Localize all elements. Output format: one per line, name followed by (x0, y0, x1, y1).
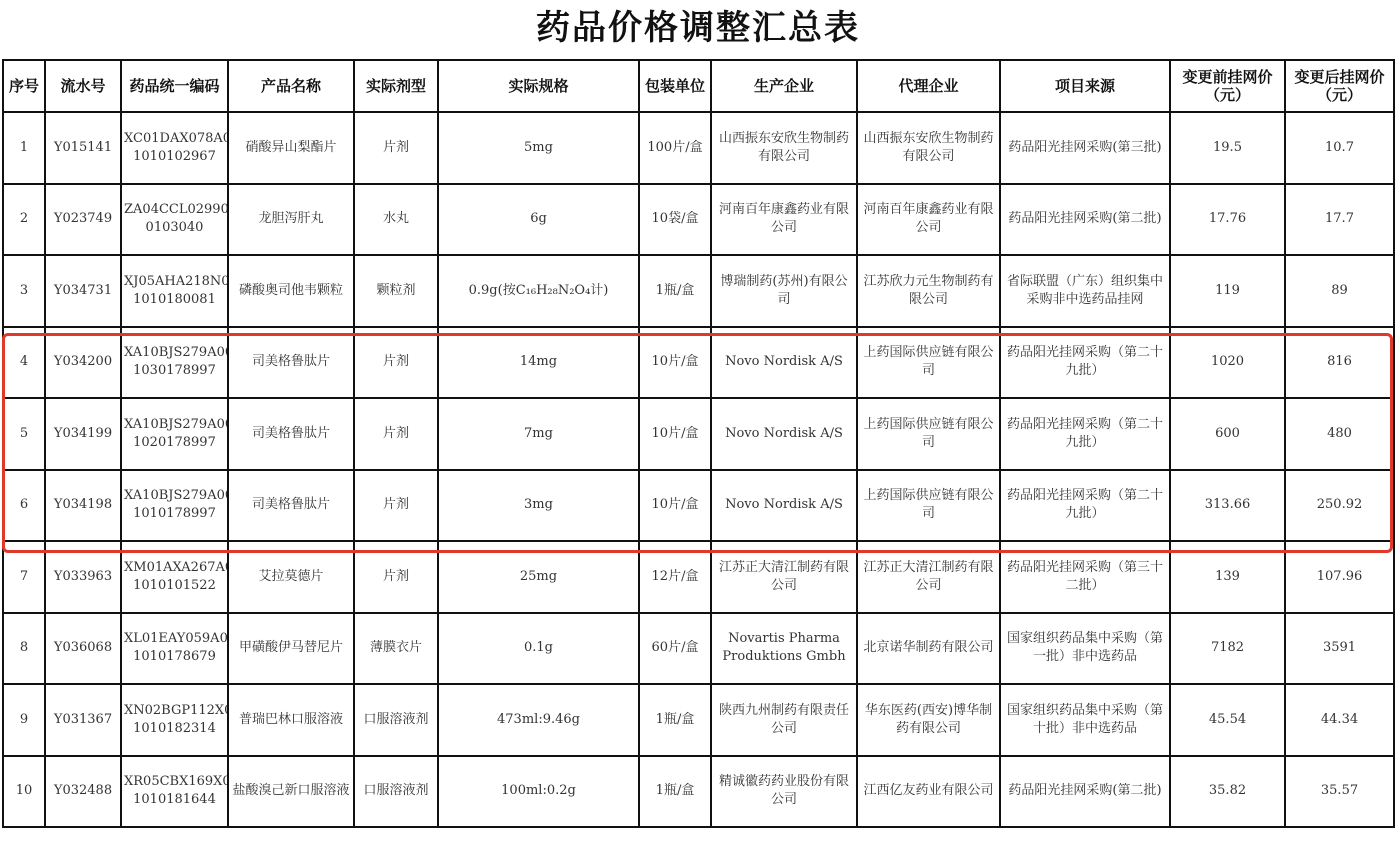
table-row: 4 Y034200 XA10BJS279A001030178997 司美格鲁肽片… (3, 327, 1394, 399)
cell-product-name: 龙胆泻肝丸 (228, 184, 354, 256)
cell-code: XA10BJS279A001020178997 (121, 398, 228, 470)
cell-product-name: 磷酸奥司他韦颗粒 (228, 255, 354, 327)
cell-source: 药品阳光挂网采购（第二十九批） (1000, 470, 1170, 542)
cell-agent: 山西振东安欣生物制药有限公司 (857, 112, 1000, 184)
cell-agent: 上药国际供应链有限公司 (857, 398, 1000, 470)
cell-source: 国家组织药品集中采购（第十批）非中选药品 (1000, 684, 1170, 756)
cell-package: 1瓶/盒 (639, 684, 711, 756)
price-before-unit: （元） (1173, 86, 1282, 104)
cell-no: 5 (3, 398, 45, 470)
cell-no: 10 (3, 756, 45, 828)
cell-agent: 河南百年康鑫药业有限公司 (857, 184, 1000, 256)
cell-price-before: 1020 (1170, 327, 1285, 399)
cell-manufacturer: 江苏正大清江制药有限公司 (711, 541, 857, 613)
cell-spec: 0.1g (438, 613, 639, 685)
table-row: 2 Y023749 ZA04CCL0299010103040 龙胆泻肝丸 水丸 … (3, 184, 1394, 256)
table-row: 1 Y015141 XC01DAX078A001010102967 硝酸异山梨酯… (3, 112, 1394, 184)
code-line-2: 1010182314 (124, 720, 225, 738)
cell-price-after: 250.92 (1285, 470, 1394, 542)
cell-manufacturer: Novo Nordisk A/S (711, 327, 857, 399)
cell-manufacturer: 博瑞制药(苏州)有限公司 (711, 255, 857, 327)
cell-serial: Y032488 (45, 756, 121, 828)
price-after-unit: （元） (1288, 86, 1391, 104)
cell-code: XC01DAX078A001010102967 (121, 112, 228, 184)
cell-source: 药品阳光挂网采购（第二十九批） (1000, 327, 1170, 399)
table-row: 7 Y033963 XM01AXA267A001010101522 艾拉莫德片 … (3, 541, 1394, 613)
code-line-1: XA10BJS279A00 (124, 344, 225, 362)
cell-spec: 3mg (438, 470, 639, 542)
column-header-serial: 流水号 (45, 60, 121, 112)
code-line-1: XL01EAY059A00 (124, 630, 225, 648)
code-line-1: XJ05AHA218N00 (124, 273, 225, 291)
column-header-manufacturer: 生产企业 (711, 60, 857, 112)
cell-price-after: 17.7 (1285, 184, 1394, 256)
cell-spec: 0.9g(按C₁₆H₂₈N₂O₄计) (438, 255, 639, 327)
column-header-agent: 代理企业 (857, 60, 1000, 112)
cell-product-name: 盐酸溴己新口服溶液 (228, 756, 354, 828)
cell-source: 药品阳光挂网采购(第二批) (1000, 184, 1170, 256)
column-header-form: 实际剂型 (354, 60, 438, 112)
column-header-price-after: 变更后挂网价 （元） (1285, 60, 1394, 112)
cell-source: 药品阳光挂网采购（第二十九批） (1000, 398, 1170, 470)
cell-price-before: 35.82 (1170, 756, 1285, 828)
cell-no: 9 (3, 684, 45, 756)
cell-code: XL01EAY059A001010178679 (121, 613, 228, 685)
cell-form: 颗粒剂 (354, 255, 438, 327)
code-line-1: XR05CBX169X00 (124, 773, 225, 791)
table-row: 5 Y034199 XA10BJS279A001020178997 司美格鲁肽片… (3, 398, 1394, 470)
cell-form: 薄膜衣片 (354, 613, 438, 685)
cell-price-before: 600 (1170, 398, 1285, 470)
cell-source: 省际联盟（广东）组织集中采购非中选药品挂网 (1000, 255, 1170, 327)
column-header-spec: 实际规格 (438, 60, 639, 112)
cell-price-before: 139 (1170, 541, 1285, 613)
cell-package: 10片/盒 (639, 398, 711, 470)
cell-product-name: 司美格鲁肽片 (228, 327, 354, 399)
code-line-1: XM01AXA267A00 (124, 559, 225, 577)
cell-product-name: 司美格鲁肽片 (228, 470, 354, 542)
cell-manufacturer: 陕西九州制药有限责任公司 (711, 684, 857, 756)
cell-form: 口服溶液剂 (354, 684, 438, 756)
cell-price-before: 7182 (1170, 613, 1285, 685)
cell-price-before: 17.76 (1170, 184, 1285, 256)
cell-spec: 25mg (438, 541, 639, 613)
cell-agent: 江苏欣力元生物制药有限公司 (857, 255, 1000, 327)
cell-package: 10片/盒 (639, 327, 711, 399)
cell-agent: 江西亿友药业有限公司 (857, 756, 1000, 828)
cell-source: 药品阳光挂网采购(第二批) (1000, 756, 1170, 828)
cell-manufacturer: Novo Nordisk A/S (711, 398, 857, 470)
table-header-row: 序号 流水号 药品统一编码 产品名称 实际剂型 实际规格 包装单位 生产企业 代… (3, 60, 1394, 112)
column-header-name: 产品名称 (228, 60, 354, 112)
column-header-price-before: 变更前挂网价 （元） (1170, 60, 1285, 112)
cell-no: 3 (3, 255, 45, 327)
code-line-2: 1010102967 (124, 148, 225, 166)
column-header-code: 药品统一编码 (121, 60, 228, 112)
cell-price-after: 89 (1285, 255, 1394, 327)
cell-serial: Y033963 (45, 541, 121, 613)
cell-serial: Y034731 (45, 255, 121, 327)
cell-serial: Y034200 (45, 327, 121, 399)
cell-price-after: 3591 (1285, 613, 1394, 685)
table-row: 8 Y036068 XL01EAY059A001010178679 甲磺酸伊马替… (3, 613, 1394, 685)
table-row: 6 Y034198 XA10BJS279A001010178997 司美格鲁肽片… (3, 470, 1394, 542)
cell-product-name: 艾拉莫德片 (228, 541, 354, 613)
column-header-package: 包装单位 (639, 60, 711, 112)
table-row: 10 Y032488 XR05CBX169X001010181644 盐酸溴己新… (3, 756, 1394, 828)
code-line-2: 1030178997 (124, 362, 225, 380)
cell-price-before: 19.5 (1170, 112, 1285, 184)
cell-code: ZA04CCL0299010103040 (121, 184, 228, 256)
cell-agent: 上药国际供应链有限公司 (857, 470, 1000, 542)
cell-no: 6 (3, 470, 45, 542)
cell-no: 4 (3, 327, 45, 399)
cell-form: 片剂 (354, 541, 438, 613)
cell-package: 100片/盒 (639, 112, 711, 184)
cell-code: XR05CBX169X001010181644 (121, 756, 228, 828)
code-line-1: XN02BGP112X00 (124, 702, 225, 720)
code-line-2: 1010101522 (124, 577, 225, 595)
cell-code: XM01AXA267A001010101522 (121, 541, 228, 613)
code-line-2: 1010178997 (124, 505, 225, 523)
cell-no: 7 (3, 541, 45, 613)
cell-spec: 7mg (438, 398, 639, 470)
column-header-source: 项目来源 (1000, 60, 1170, 112)
price-before-label: 变更前挂网价 (1173, 68, 1282, 86)
cell-manufacturer: 山西振东安欣生物制药有限公司 (711, 112, 857, 184)
cell-price-after: 44.34 (1285, 684, 1394, 756)
cell-manufacturer: Novartis Pharma Produktions Gmbh (711, 613, 857, 685)
code-line-1: XA10BJS279A00 (124, 416, 225, 434)
cell-price-after: 35.57 (1285, 756, 1394, 828)
code-line-1: XC01DAX078A00 (124, 130, 225, 148)
cell-serial: Y023749 (45, 184, 121, 256)
code-line-2: 0103040 (124, 219, 225, 237)
code-line-1: ZA04CCL029901 (124, 201, 225, 219)
cell-price-after: 480 (1285, 398, 1394, 470)
price-adjustment-table: 序号 流水号 药品统一编码 产品名称 实际剂型 实际规格 包装单位 生产企业 代… (2, 59, 1395, 828)
column-header-no: 序号 (3, 60, 45, 112)
cell-code: XA10BJS279A001030178997 (121, 327, 228, 399)
cell-product-name: 司美格鲁肽片 (228, 398, 354, 470)
cell-form: 片剂 (354, 470, 438, 542)
cell-form: 片剂 (354, 398, 438, 470)
cell-source: 国家组织药品集中采购（第一批）非中选药品 (1000, 613, 1170, 685)
cell-manufacturer: 精诚徽药药业股份有限公司 (711, 756, 857, 828)
cell-price-before: 45.54 (1170, 684, 1285, 756)
page-title: 药品价格调整汇总表 (0, 2, 1396, 54)
table-row: 9 Y031367 XN02BGP112X001010182314 普瑞巴林口服… (3, 684, 1394, 756)
cell-price-after: 10.7 (1285, 112, 1394, 184)
cell-price-after: 107.96 (1285, 541, 1394, 613)
cell-serial: Y036068 (45, 613, 121, 685)
code-line-1: XA10BJS279A00 (124, 487, 225, 505)
cell-agent: 北京诺华制药有限公司 (857, 613, 1000, 685)
cell-agent: 华东医药(西安)博华制药有限公司 (857, 684, 1000, 756)
cell-spec: 100ml:0.2g (438, 756, 639, 828)
cell-package: 10片/盒 (639, 470, 711, 542)
cell-spec: 14mg (438, 327, 639, 399)
cell-price-before: 313.66 (1170, 470, 1285, 542)
cell-serial: Y034199 (45, 398, 121, 470)
cell-form: 片剂 (354, 327, 438, 399)
cell-package: 60片/盒 (639, 613, 711, 685)
cell-serial: Y015141 (45, 112, 121, 184)
cell-product-name: 甲磺酸伊马替尼片 (228, 613, 354, 685)
cell-no: 2 (3, 184, 45, 256)
cell-source: 药品阳光挂网采购（第三十二批） (1000, 541, 1170, 613)
cell-source: 药品阳光挂网采购(第三批) (1000, 112, 1170, 184)
cell-agent: 江苏正大清江制药有限公司 (857, 541, 1000, 613)
cell-agent: 上药国际供应链有限公司 (857, 327, 1000, 399)
cell-product-name: 硝酸异山梨酯片 (228, 112, 354, 184)
cell-form: 片剂 (354, 112, 438, 184)
price-after-label: 变更后挂网价 (1288, 68, 1391, 86)
cell-spec: 6g (438, 184, 639, 256)
cell-package: 1瓶/盒 (639, 255, 711, 327)
cell-spec: 5mg (438, 112, 639, 184)
table-row: 3 Y034731 XJ05AHA218N001010180081 磷酸奥司他韦… (3, 255, 1394, 327)
cell-spec: 473ml:9.46g (438, 684, 639, 756)
cell-serial: Y034198 (45, 470, 121, 542)
code-line-2: 1010181644 (124, 791, 225, 809)
cell-code: XN02BGP112X001010182314 (121, 684, 228, 756)
code-line-2: 1010180081 (124, 291, 225, 309)
cell-manufacturer: Novo Nordisk A/S (711, 470, 857, 542)
cell-price-after: 816 (1285, 327, 1394, 399)
cell-package: 10袋/盒 (639, 184, 711, 256)
cell-product-name: 普瑞巴林口服溶液 (228, 684, 354, 756)
cell-manufacturer: 河南百年康鑫药业有限公司 (711, 184, 857, 256)
cell-form: 口服溶液剂 (354, 756, 438, 828)
cell-package: 1瓶/盒 (639, 756, 711, 828)
cell-form: 水丸 (354, 184, 438, 256)
cell-no: 1 (3, 112, 45, 184)
cell-serial: Y031367 (45, 684, 121, 756)
cell-price-before: 119 (1170, 255, 1285, 327)
cell-code: XA10BJS279A001010178997 (121, 470, 228, 542)
code-line-2: 1020178997 (124, 434, 225, 452)
cell-code: XJ05AHA218N001010180081 (121, 255, 228, 327)
cell-no: 8 (3, 613, 45, 685)
code-line-2: 1010178679 (124, 648, 225, 666)
cell-package: 12片/盒 (639, 541, 711, 613)
